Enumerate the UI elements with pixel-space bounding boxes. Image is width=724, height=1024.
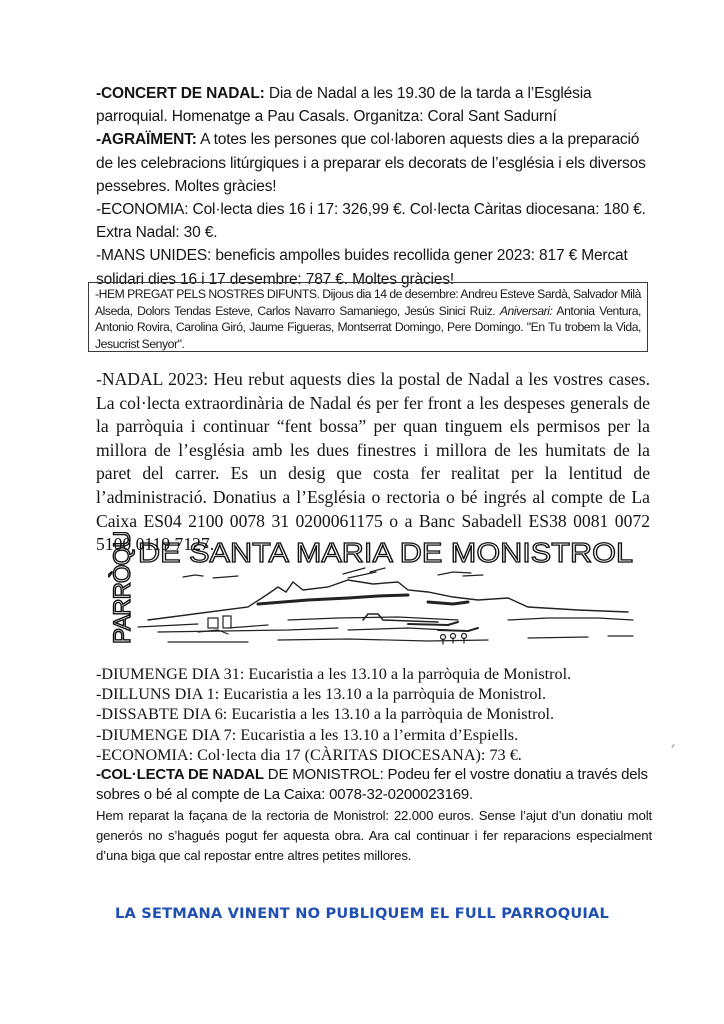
banner-vertical-text: PARRÒQUIA [109,532,136,644]
monistrol-landscape-illustration: PARRÒQUIA DE SANTA MARIA DE MONISTROL [108,532,638,650]
concert-paragraph: -CONCERT DE NADAL: Dia de Nadal a les 19… [96,82,656,128]
footer-notice: LA SETMANA VINENT NO PUBLIQUEM EL FULL P… [0,905,724,922]
monistrol-economia: -ECONOMIA: Col·lecta dia 17 (CÀRITAS DIO… [96,745,656,765]
facana-section: Hem reparat la façana de la rectoria de … [96,806,652,866]
difunts-text: -HEM PREGAT PELS NOSTRES DIFUNTS. Dijous… [95,286,641,352]
economia-paragraph: -ECONOMIA: Col·lecta dies 16 i 17: 326,9… [96,198,656,244]
collecta-nadal-paragraph: -COL·LECTA DE NADAL DE MONISTROL: Podeu … [96,765,656,805]
nadal-2023-section: -NADAL 2023: Heu rebut aquests dies la p… [96,368,650,557]
nadal-2023-paragraph: -NADAL 2023: Heu rebut aquests dies la p… [96,368,650,557]
concert-label: -CONCERT DE NADAL: [96,85,265,102]
schedule-item: -DIUMENGE DIA 7: Eucaristia a les 13.10 … [96,725,656,745]
facana-paragraph: Hem reparat la façana de la rectoria de … [96,806,652,866]
schedule-item: -DIUMENGE DIA 31: Eucaristia a les 13.10… [96,664,656,684]
banner-title: DE SANTA MARIA DE MONISTROL [138,537,633,568]
monistrol-banner: PARRÒQUIA DE SANTA MARIA DE MONISTROL [108,532,638,650]
agraiment-paragraph: -AGRAÏMENT: A totes les persones que col… [96,128,656,198]
monistrol-section: -DIUMENGE DIA 31: Eucaristia a les 13.10… [96,664,656,805]
aniversari-label: Aniversari: [500,304,553,318]
schedule-item: -DISSABTE DIA 6: Eucaristia a les 13.10 … [96,704,656,724]
bulletin-page: -CONCERT DE NADAL: Dia de Nadal a les 19… [0,0,724,1024]
collecta-label: -COL·LECTA DE NADAL [96,766,264,783]
schedule-item: -DILLUNS DIA 1: Eucaristia a les 13.10 a… [96,684,656,704]
scan-speck [671,744,675,748]
parish-announcements: -CONCERT DE NADAL: Dia de Nadal a les 19… [96,82,656,291]
difunts-box: -HEM PREGAT PELS NOSTRES DIFUNTS. Dijous… [88,282,648,352]
agraiment-label: -AGRAÏMENT: [96,131,197,148]
